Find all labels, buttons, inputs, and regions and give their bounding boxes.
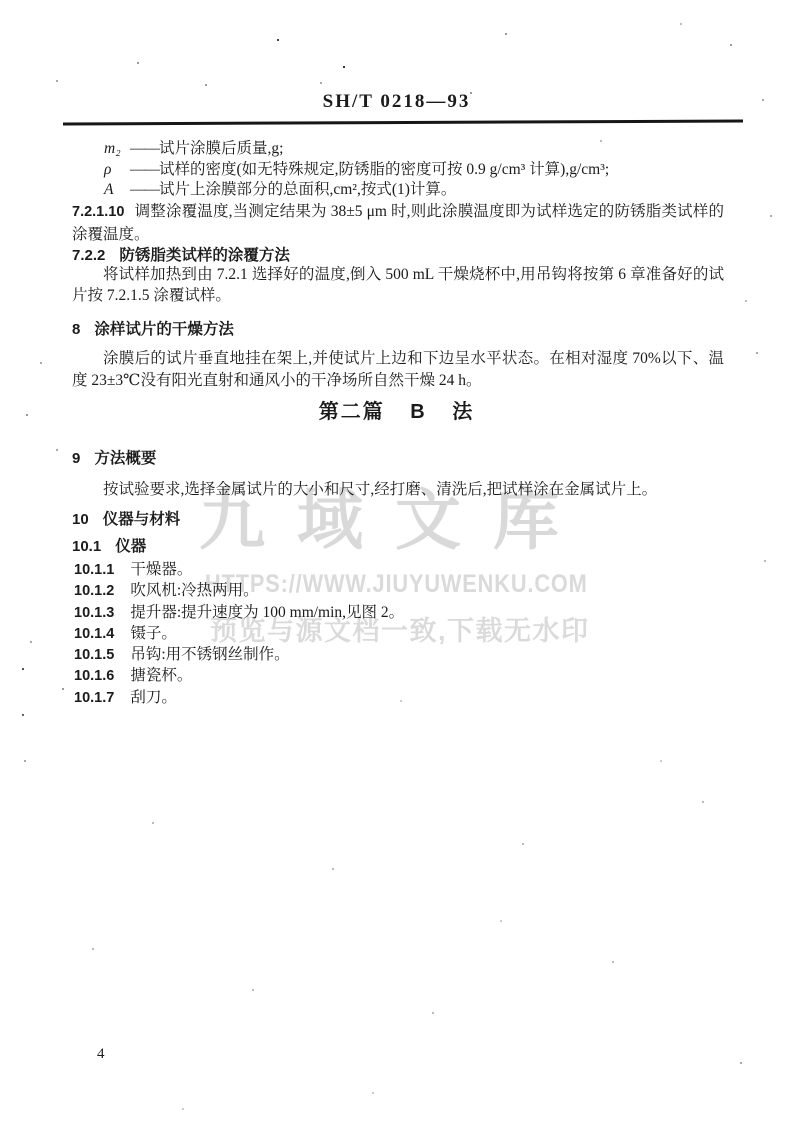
clause-text: 调整涂覆温度,当测定结果为 38±5 μm 时,则此涂膜温度即为试样选定的防锈脂… — [72, 203, 724, 243]
equipment-item: 10.1.1干燥器。 — [74, 559, 724, 580]
heading-number: 7.2.2 — [72, 247, 105, 264]
symbol-definitions: m₂——试片涂膜后质量,g; ρ——试样的密度(如无特殊规定,防锈脂的密度可按 … — [72, 139, 727, 201]
item-number: 10.1.1 — [74, 562, 114, 578]
item-number: 10.1.4 — [74, 626, 114, 642]
heading-9: 9方法概要 — [72, 446, 156, 468]
part-2-title: 第二篇 B 法 — [0, 395, 793, 424]
heading-number: 10 — [72, 511, 89, 528]
paragraph-8: 涂膜后的试片垂直地挂在架上,并使试片上边和下边呈水平状态。在相对湿度 70%以下… — [72, 348, 724, 392]
paragraph-7-2-2: 将试样加热到由 7.2.1 选择好的温度,倒入 500 mL 干燥烧杯中,用吊钩… — [72, 264, 724, 306]
page-number: 4 — [97, 1046, 105, 1063]
heading-title: 方法概要 — [94, 450, 156, 467]
clause-number: 7.2.1.10 — [72, 204, 124, 220]
item-number: 10.1.3 — [74, 605, 114, 621]
definition-line: A——试片上涂膜部分的总面积,cm²,按式(1)计算。 — [72, 180, 727, 201]
equipment-item: 10.1.6搪瓷杯。 — [74, 665, 724, 686]
document-content: SH/T 0218—93 m₂——试片涂膜后质量,g; ρ——试样的密度(如无特… — [0, 0, 793, 1122]
heading-title: 涂样试片的干燥方法 — [94, 321, 234, 338]
definition-dash: —— — [130, 181, 159, 198]
definition-text: 试片涂膜后质量,g; — [159, 140, 283, 157]
equipment-item: 10.1.2吹风机:冷热两用。 — [74, 580, 724, 601]
item-text: 吹风机:冷热两用。 — [130, 582, 258, 599]
item-text: 吊钩:用不锈钢丝制作。 — [130, 646, 289, 663]
heading-10: 10仪器与材料 — [72, 507, 180, 529]
equipment-item: 10.1.3提升器:提升速度为 100 mm/min,见图 2。 — [74, 602, 724, 623]
item-text: 镊子。 — [130, 625, 177, 642]
definition-symbol: A — [104, 180, 130, 201]
definition-dash: —— — [130, 140, 159, 157]
equipment-list: 10.1.1干燥器。 10.1.2吹风机:冷热两用。 10.1.3提升器:提升速… — [74, 559, 724, 708]
item-text: 搪瓷杯。 — [130, 667, 192, 684]
definition-dash: —— — [130, 161, 159, 178]
heading-number: 9 — [72, 450, 80, 467]
definition-line: m₂——试片涂膜后质量,g; — [72, 139, 727, 160]
definition-line: ρ——试样的密度(如无特殊规定,防锈脂的密度可按 0.9 g/cm³ 计算),g… — [72, 160, 727, 181]
equipment-item: 10.1.5吊钩:用不锈钢丝制作。 — [74, 644, 724, 665]
item-text: 提升器:提升速度为 100 mm/min,见图 2。 — [130, 604, 404, 621]
heading-number: 8 — [72, 321, 80, 338]
heading-title: 仪器 — [115, 538, 146, 555]
heading-8: 8涂样试片的干燥方法 — [72, 317, 234, 339]
heading-10-1: 10.1仪器 — [72, 534, 146, 556]
paragraph-9: 按试验要求,选择金属试片的大小和尺寸,经打磨、清洗后,把试样涂在金属试片上。 — [72, 477, 724, 499]
heading-7-2-2: 7.2.2防锈脂类试样的涂覆方法 — [72, 243, 290, 265]
heading-title: 仪器与材料 — [103, 511, 181, 528]
heading-number: 10.1 — [72, 538, 101, 555]
clause-7-2-1-10: 7.2.1.10调整涂覆温度,当测定结果为 38±5 μm 时,则此涂膜温度即为… — [72, 201, 724, 245]
heading-title: 防锈脂类试样的涂覆方法 — [119, 247, 290, 264]
item-text: 刮刀。 — [130, 689, 177, 706]
definition-symbol: ρ — [104, 160, 130, 181]
item-text: 干燥器。 — [130, 561, 192, 578]
item-number: 10.1.5 — [74, 647, 114, 663]
scanned-document-page: 九域文库 HTTPS://WWW.JIUYUWENKU.COM 预览与源文档一致… — [0, 0, 793, 1122]
item-number: 10.1.2 — [74, 583, 114, 599]
standard-code-header: SH/T 0218—93 — [0, 91, 793, 113]
header-rule — [63, 120, 743, 126]
equipment-item: 10.1.7刮刀。 — [74, 687, 724, 708]
definition-symbol: m₂ — [104, 139, 130, 160]
item-number: 10.1.7 — [74, 690, 114, 706]
definition-text: 试片上涂膜部分的总面积,cm²,按式(1)计算。 — [159, 181, 456, 198]
equipment-item: 10.1.4镊子。 — [74, 623, 724, 644]
definition-text: 试样的密度(如无特殊规定,防锈脂的密度可按 0.9 g/cm³ 计算),g/cm… — [159, 161, 609, 178]
item-number: 10.1.6 — [74, 668, 114, 684]
